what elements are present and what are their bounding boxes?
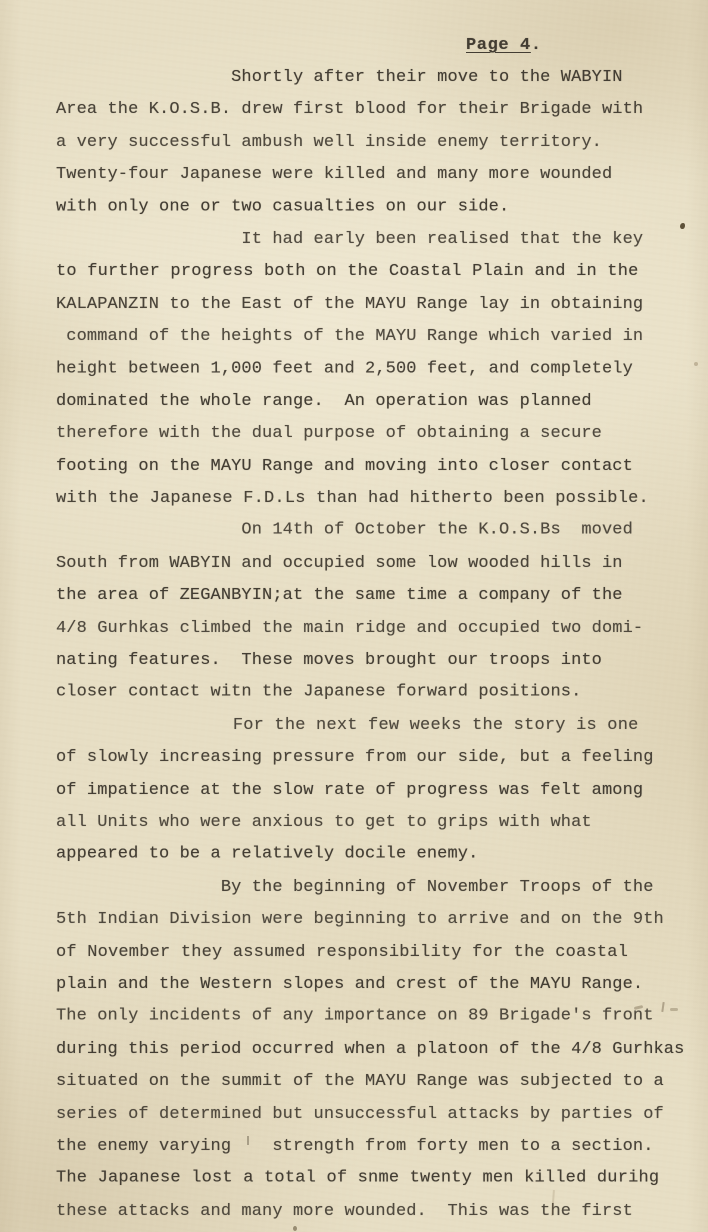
document-line: Area the K.O.S.B. drew first blood for t… — [56, 94, 696, 126]
document-line: By the beginning of November Troops of t… — [56, 872, 696, 904]
document-line: a very successful ambush well inside ene… — [56, 127, 696, 159]
document-line: dominated the whole range. An operation … — [56, 386, 696, 418]
document-line: during this period occurred when a plato… — [56, 1034, 696, 1066]
document-line: On 14th of October the K.O.S.Bs moved — [56, 515, 696, 547]
document-page: Page 4. Shortly after their move to the … — [0, 0, 708, 1232]
page-number-label: Page 4 — [466, 36, 531, 55]
document-line: KALAPANZIN to the East of the MAYU Range… — [56, 289, 696, 321]
document-line: Shortly after their move to the WABYIN — [56, 62, 696, 94]
document-line: For the next few weeks the story is one — [56, 710, 696, 742]
document-line: The only incidents of any importance on … — [56, 1001, 696, 1033]
page-number-period: . — [531, 36, 542, 55]
page-number: Page 4. — [466, 36, 542, 55]
document-line: nating features. These moves brought our… — [56, 645, 696, 677]
document-line: It had early been realised that the key — [56, 224, 696, 256]
document-line: footing on the MAYU Range and moving int… — [56, 451, 696, 483]
document-line: South from WABYIN and occupied some low … — [56, 548, 696, 580]
document-line: the area of ZEGANBYIN;at the same time a… — [56, 580, 696, 612]
document-body: Shortly after their move to the WABYIN A… — [56, 62, 696, 1228]
document-line: with only one or two casualties on our s… — [56, 191, 696, 223]
document-line: series of determined but unsuccessful at… — [56, 1099, 696, 1131]
document-line: 4/8 Gurhkas climbed the main ridge and o… — [56, 613, 696, 645]
document-line: therefore with the dual purpose of obtai… — [56, 418, 696, 450]
document-line: of November they assumed responsibility … — [56, 937, 696, 969]
document-line: of impatience at the slow rate of progre… — [56, 775, 696, 807]
document-line: to further progress both on the Coastal … — [56, 256, 696, 288]
document-line: plain and the Western slopes and crest o… — [56, 969, 696, 1001]
document-line: Twenty-four Japanese were killed and man… — [56, 159, 696, 191]
document-line: The Japanese lost a total of snme twenty… — [56, 1163, 696, 1195]
document-line: all Units who were anxious to get to gri… — [56, 807, 696, 839]
document-line: of slowly increasing pressure from our s… — [56, 742, 696, 774]
document-line: the enemy varying strength from forty me… — [56, 1131, 696, 1163]
document-line: height between 1,000 feet and 2,500 feet… — [56, 353, 696, 385]
document-line: these attacks and many more wounded. Thi… — [56, 1196, 696, 1228]
document-line: situated on the summit of the MAYU Range… — [56, 1066, 696, 1098]
document-line: closer contact witn the Japanese forward… — [56, 677, 696, 709]
document-line: 5th Indian Division were beginning to ar… — [56, 904, 696, 936]
document-line: appeared to be a relatively docile enemy… — [56, 839, 696, 871]
document-line: with the Japanese F.D.Ls than had hither… — [56, 483, 696, 515]
document-line: command of the heights of the MAYU Range… — [56, 321, 696, 353]
